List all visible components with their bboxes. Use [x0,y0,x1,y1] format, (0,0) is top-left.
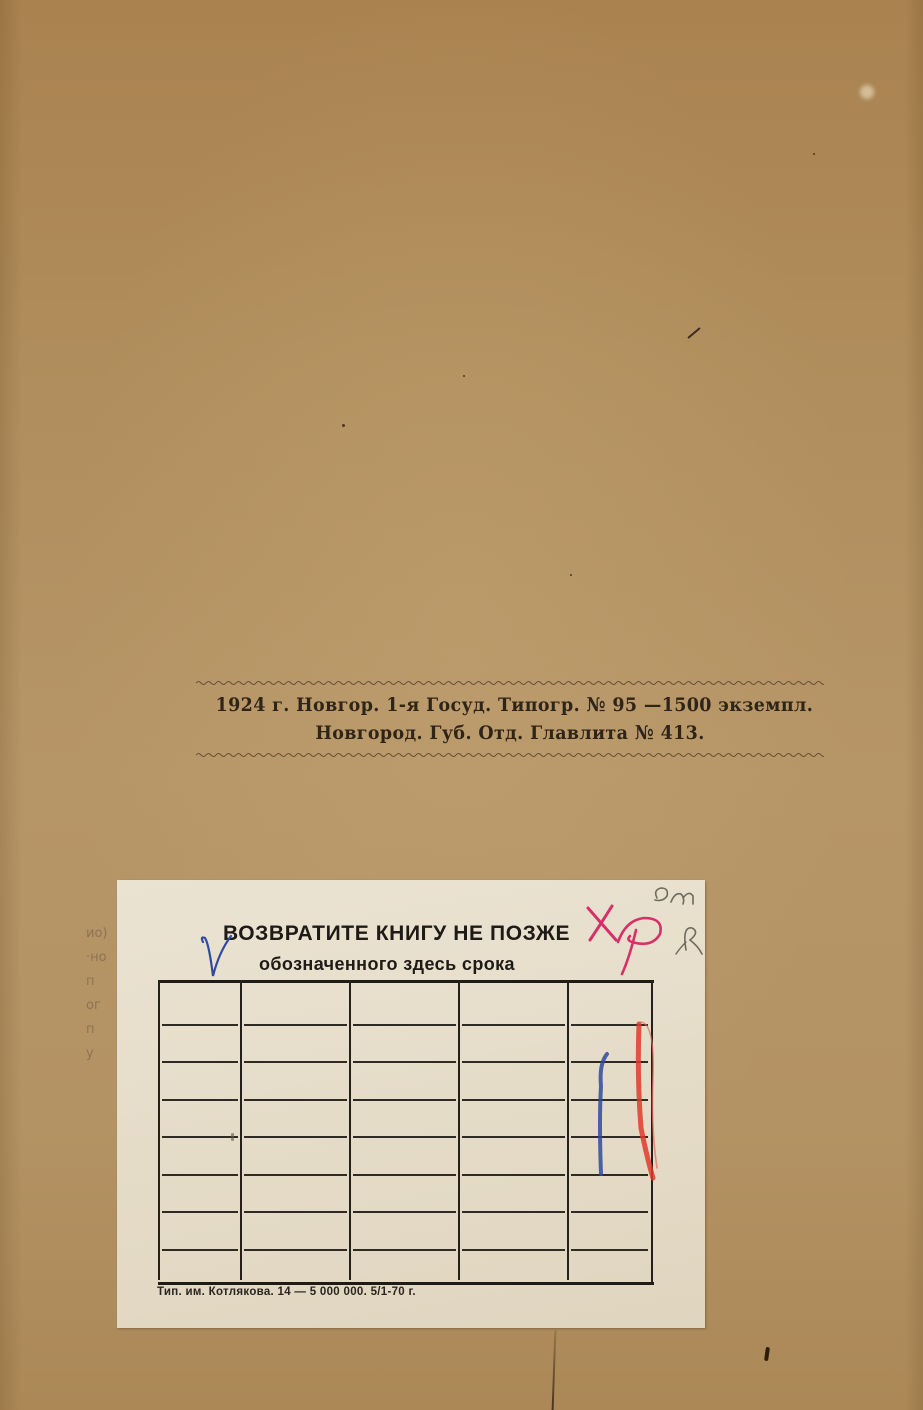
row-line [162,1061,238,1063]
row-line [571,1211,648,1213]
row-line [244,1249,347,1251]
column-divider [349,980,351,1280]
row-line [162,1174,238,1176]
bleed-fragment: п [86,970,120,994]
row-line [353,1136,456,1138]
row-line [162,1099,238,1101]
blue-check-mark-icon [197,932,237,982]
row-line [162,1024,238,1026]
bleed-fragment: ио) [86,922,120,946]
row-line [353,1174,456,1176]
bleed-through-text: ио) ·но п ог п у [86,922,120,1066]
column-divider [458,980,460,1280]
paper-speck [570,574,572,576]
paper-light-spot [860,85,874,99]
row-line [162,1211,238,1213]
row-line [462,1211,565,1213]
bleed-fragment: ·но [86,946,120,970]
table-border-top [158,980,654,983]
table-border-left [158,980,160,1280]
row-line [353,1061,456,1063]
slip-printer-imprint: Тип. им. Котлякова. 14 — 5 000 000. 5/1-… [157,1286,416,1298]
due-date-slip: ВОЗВРАТИТЕ КНИГУ НЕ ПОЗЖЕ обозначенного … [117,880,705,1328]
ink-mark [764,1347,770,1361]
row-line [353,1024,456,1026]
row-line [353,1211,456,1213]
due-date-table [158,980,652,1282]
row-line [462,1099,565,1101]
row-line [244,1024,347,1026]
row-line [353,1249,456,1251]
row-line [162,1249,238,1251]
column-divider [240,980,242,1280]
red-pencil-stroke-icon [633,1018,663,1188]
slip-title: ВОЗВРАТИТЕ КНИГУ НЕ ПОЗЖЕ [223,922,570,946]
row-line [162,1136,238,1138]
row-line [462,1249,565,1251]
bleed-fragment: п [86,1018,120,1042]
row-line [462,1174,565,1176]
row-line [571,1249,648,1251]
pencil-note-icon [647,884,707,914]
paper-speck [463,375,465,377]
row-line [244,1061,347,1063]
bleed-fragment: у [86,1042,120,1066]
blue-pencil-stroke-icon [593,1050,613,1180]
row-line [462,1136,565,1138]
row-line [244,1136,347,1138]
pencil-tick-mark [687,327,701,339]
paper-speck [813,153,815,155]
row-line [244,1174,347,1176]
table-border-bottom [158,1282,654,1285]
row-line [353,1099,456,1101]
column-divider [567,980,569,1280]
paper-crease [552,1330,557,1410]
wavy-rule-top [196,680,824,686]
printing-colophon: 1924 г. Новгор. 1-я Госуд. Типогр. № 95 … [190,680,830,758]
wavy-rule-bottom [196,752,824,758]
bleed-fragment: ог [86,994,120,1018]
page-edge-shadow-right [905,0,923,1410]
row-line [462,1024,565,1026]
pencil-side-mark-icon [672,920,707,960]
paper-speck [342,424,345,427]
colophon-line-2: Новгород. Губ. Отд. Главлита № 413. [216,722,805,744]
pencil-dot [231,1133,234,1141]
page-edge-shadow-left [0,0,22,1410]
row-line [244,1099,347,1101]
colophon-line-1: 1924 г. Новгор. 1-я Госуд. Типогр. № 95 … [216,694,805,716]
slip-subtitle: обозначенного здесь срока [259,954,515,975]
row-line [244,1211,347,1213]
row-line [462,1061,565,1063]
